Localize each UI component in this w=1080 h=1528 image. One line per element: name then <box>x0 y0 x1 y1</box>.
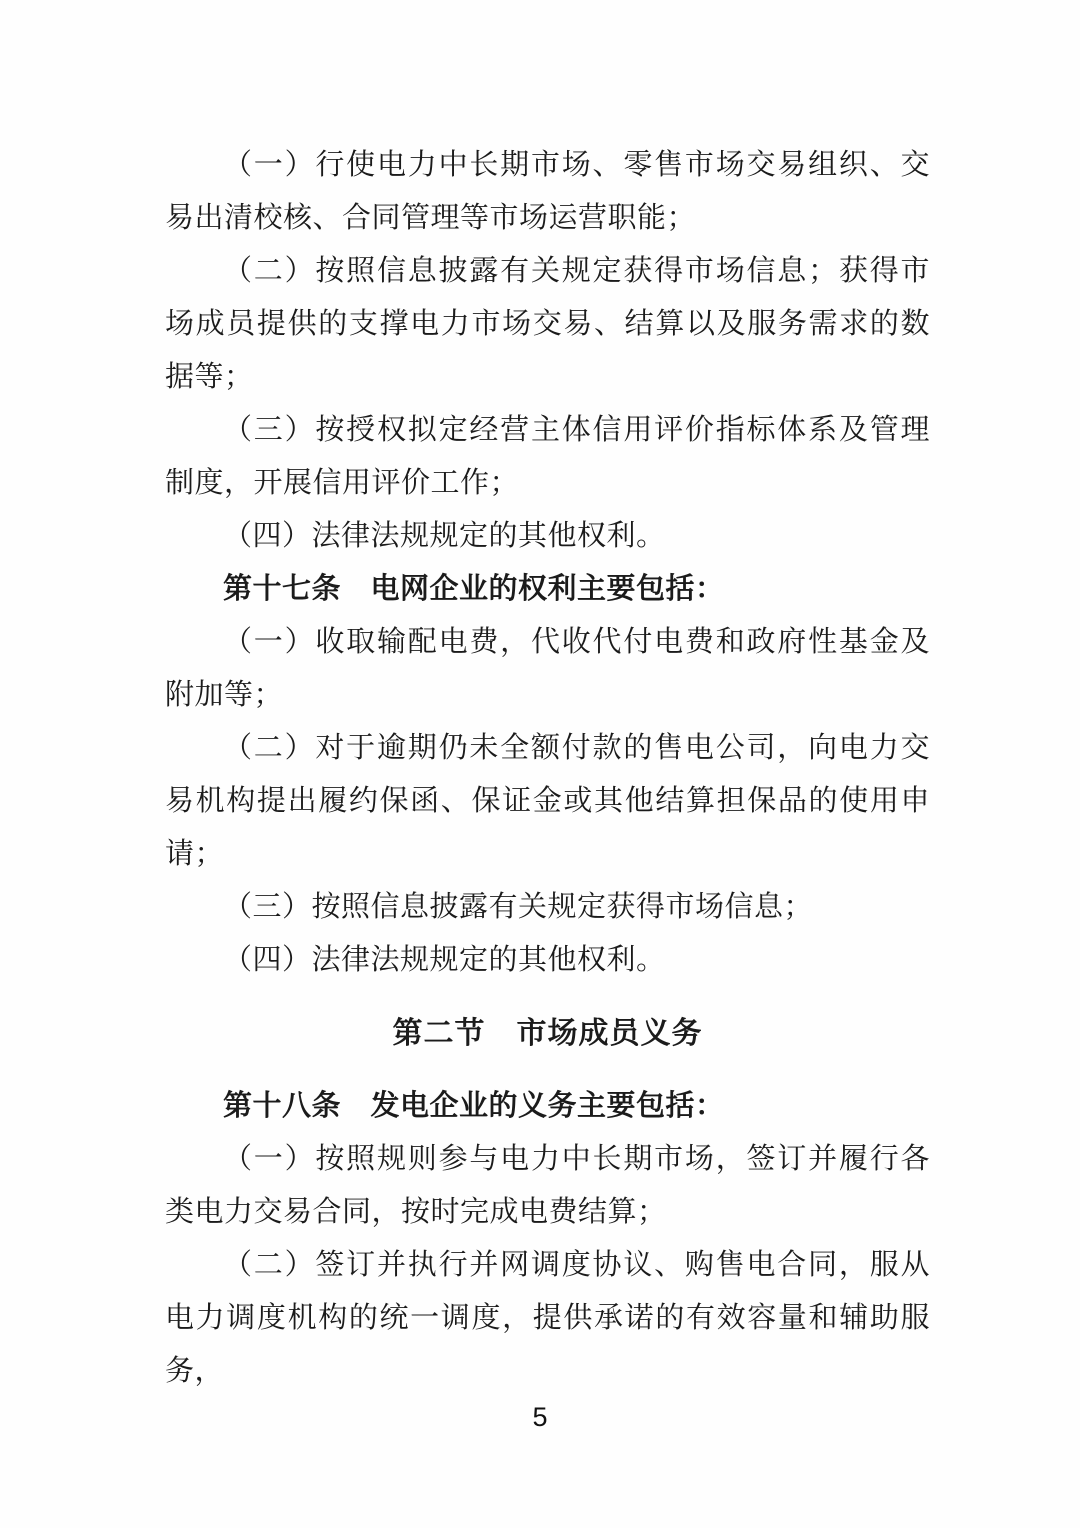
document-page: （一）行使电力中长期市场、零售市场交易组织、交易出清校核、合同管理等市场运营职能… <box>0 0 1080 1528</box>
article-heading-text: 电网企业的权利主要包括： <box>371 573 725 605</box>
paragraph: （一）行使电力中长期市场、零售市场交易组织、交易出清校核、合同管理等市场运营职能… <box>165 139 930 245</box>
paragraph: （四）法律法规规定的其他权利。 <box>165 934 930 987</box>
page-footer: 5 <box>0 1402 1080 1433</box>
article-number: 第十七条 <box>223 573 371 605</box>
section-heading: 第二节 市场成员义务 <box>165 1007 930 1060</box>
article-heading: 第十八条 发电企业的义务主要包括： <box>165 1080 930 1133</box>
paragraph: （一）按照规则参与电力中长期市场，签订并履行各类电力交易合同，按时完成电费结算； <box>165 1133 930 1239</box>
paragraph: （三）按授权拟定经营主体信用评价指标体系及管理制度，开展信用评价工作； <box>165 404 930 510</box>
article-heading: 第十七条 电网企业的权利主要包括： <box>165 563 930 616</box>
paragraph: （一）收取输配电费，代收代付电费和政府性基金及附加等； <box>165 616 930 722</box>
paragraph: （二）签订并执行并网调度协议、购售电合同，服从电力调度机构的统一调度，提供承诺的… <box>165 1239 930 1398</box>
paragraph: （二）对于逾期仍未全额付款的售电公司，向电力交易机构提出履约保函、保证金或其他结… <box>165 722 930 881</box>
document-body: （一）行使电力中长期市场、零售市场交易组织、交易出清校核、合同管理等市场运营职能… <box>165 139 930 1398</box>
paragraph: （二）按照信息披露有关规定获得市场信息；获得市场成员提供的支撑电力市场交易、结算… <box>165 245 930 404</box>
article-heading-text: 发电企业的义务主要包括： <box>371 1090 725 1122</box>
paragraph: （四）法律法规规定的其他权利。 <box>165 510 930 563</box>
page-number: 5 <box>532 1402 547 1432</box>
paragraph: （三）按照信息披露有关规定获得市场信息； <box>165 881 930 934</box>
article-number: 第十八条 <box>223 1090 371 1122</box>
